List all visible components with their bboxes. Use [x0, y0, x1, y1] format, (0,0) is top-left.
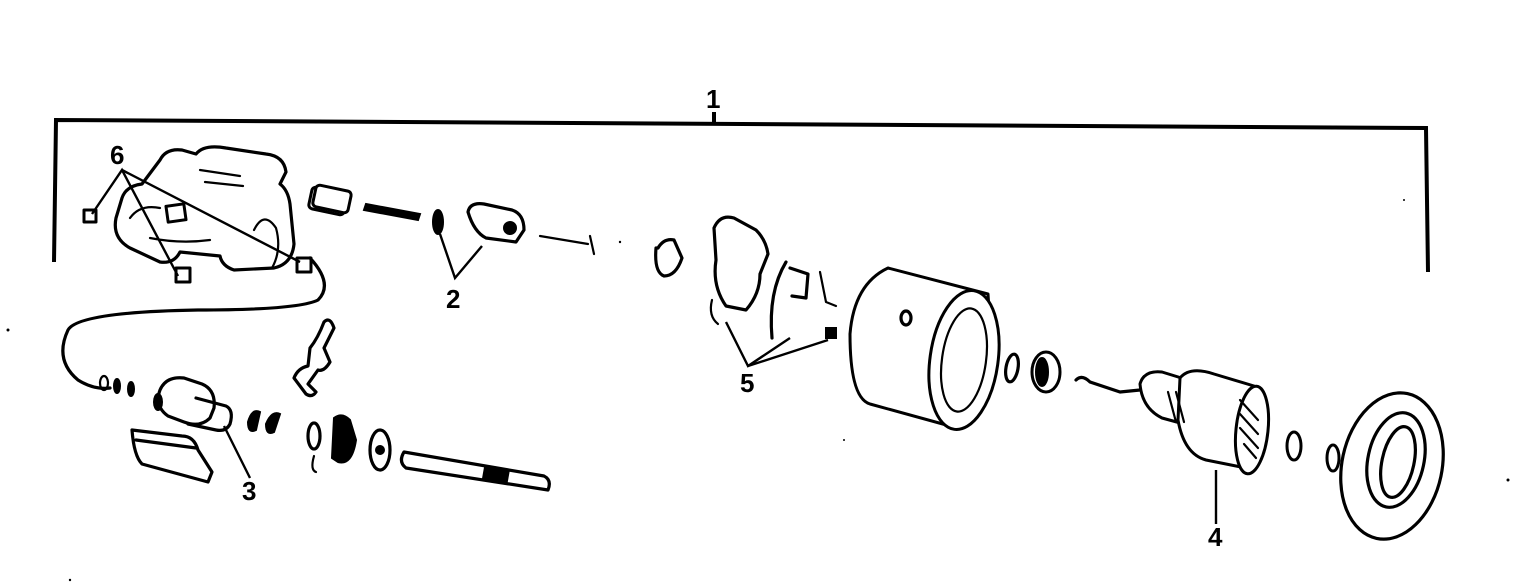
callout-2: 2: [446, 284, 460, 314]
shift-lever: [294, 320, 334, 396]
callout-5: 5: [740, 368, 754, 398]
starter-exploded-diagram: 1 6 3: [0, 0, 1520, 588]
drive-end-parts: [308, 415, 390, 472]
callout-3: 3: [242, 476, 256, 506]
callout-3-leader: [224, 426, 250, 478]
shield-cover: [132, 430, 212, 482]
assembly-bracket: [54, 112, 1428, 272]
end-frame: [1328, 383, 1457, 549]
end-washers: [1287, 432, 1339, 471]
drive-shaft: [401, 452, 549, 490]
callout-6-leaders: [92, 170, 300, 276]
solenoid-plunger-group: [312, 184, 594, 254]
drive-pinion: [154, 378, 231, 431]
brush-plate-group: [656, 217, 836, 338]
callout-2-leaders: [440, 234, 482, 278]
thrust-washer: [1004, 353, 1021, 383]
callout-1: 1: [706, 84, 720, 114]
field-frame: [850, 268, 1007, 434]
wire-lead: [63, 258, 325, 388]
pivot-clips: [248, 411, 280, 433]
commutator-bearing: [1032, 352, 1060, 392]
armature: [1076, 371, 1273, 476]
callout-6: 6: [110, 140, 124, 170]
small-washers-left: [100, 376, 134, 396]
callout-5-leaders: [726, 322, 828, 366]
scan-specks: [7, 199, 1510, 581]
callout-4: 4: [1208, 522, 1223, 552]
